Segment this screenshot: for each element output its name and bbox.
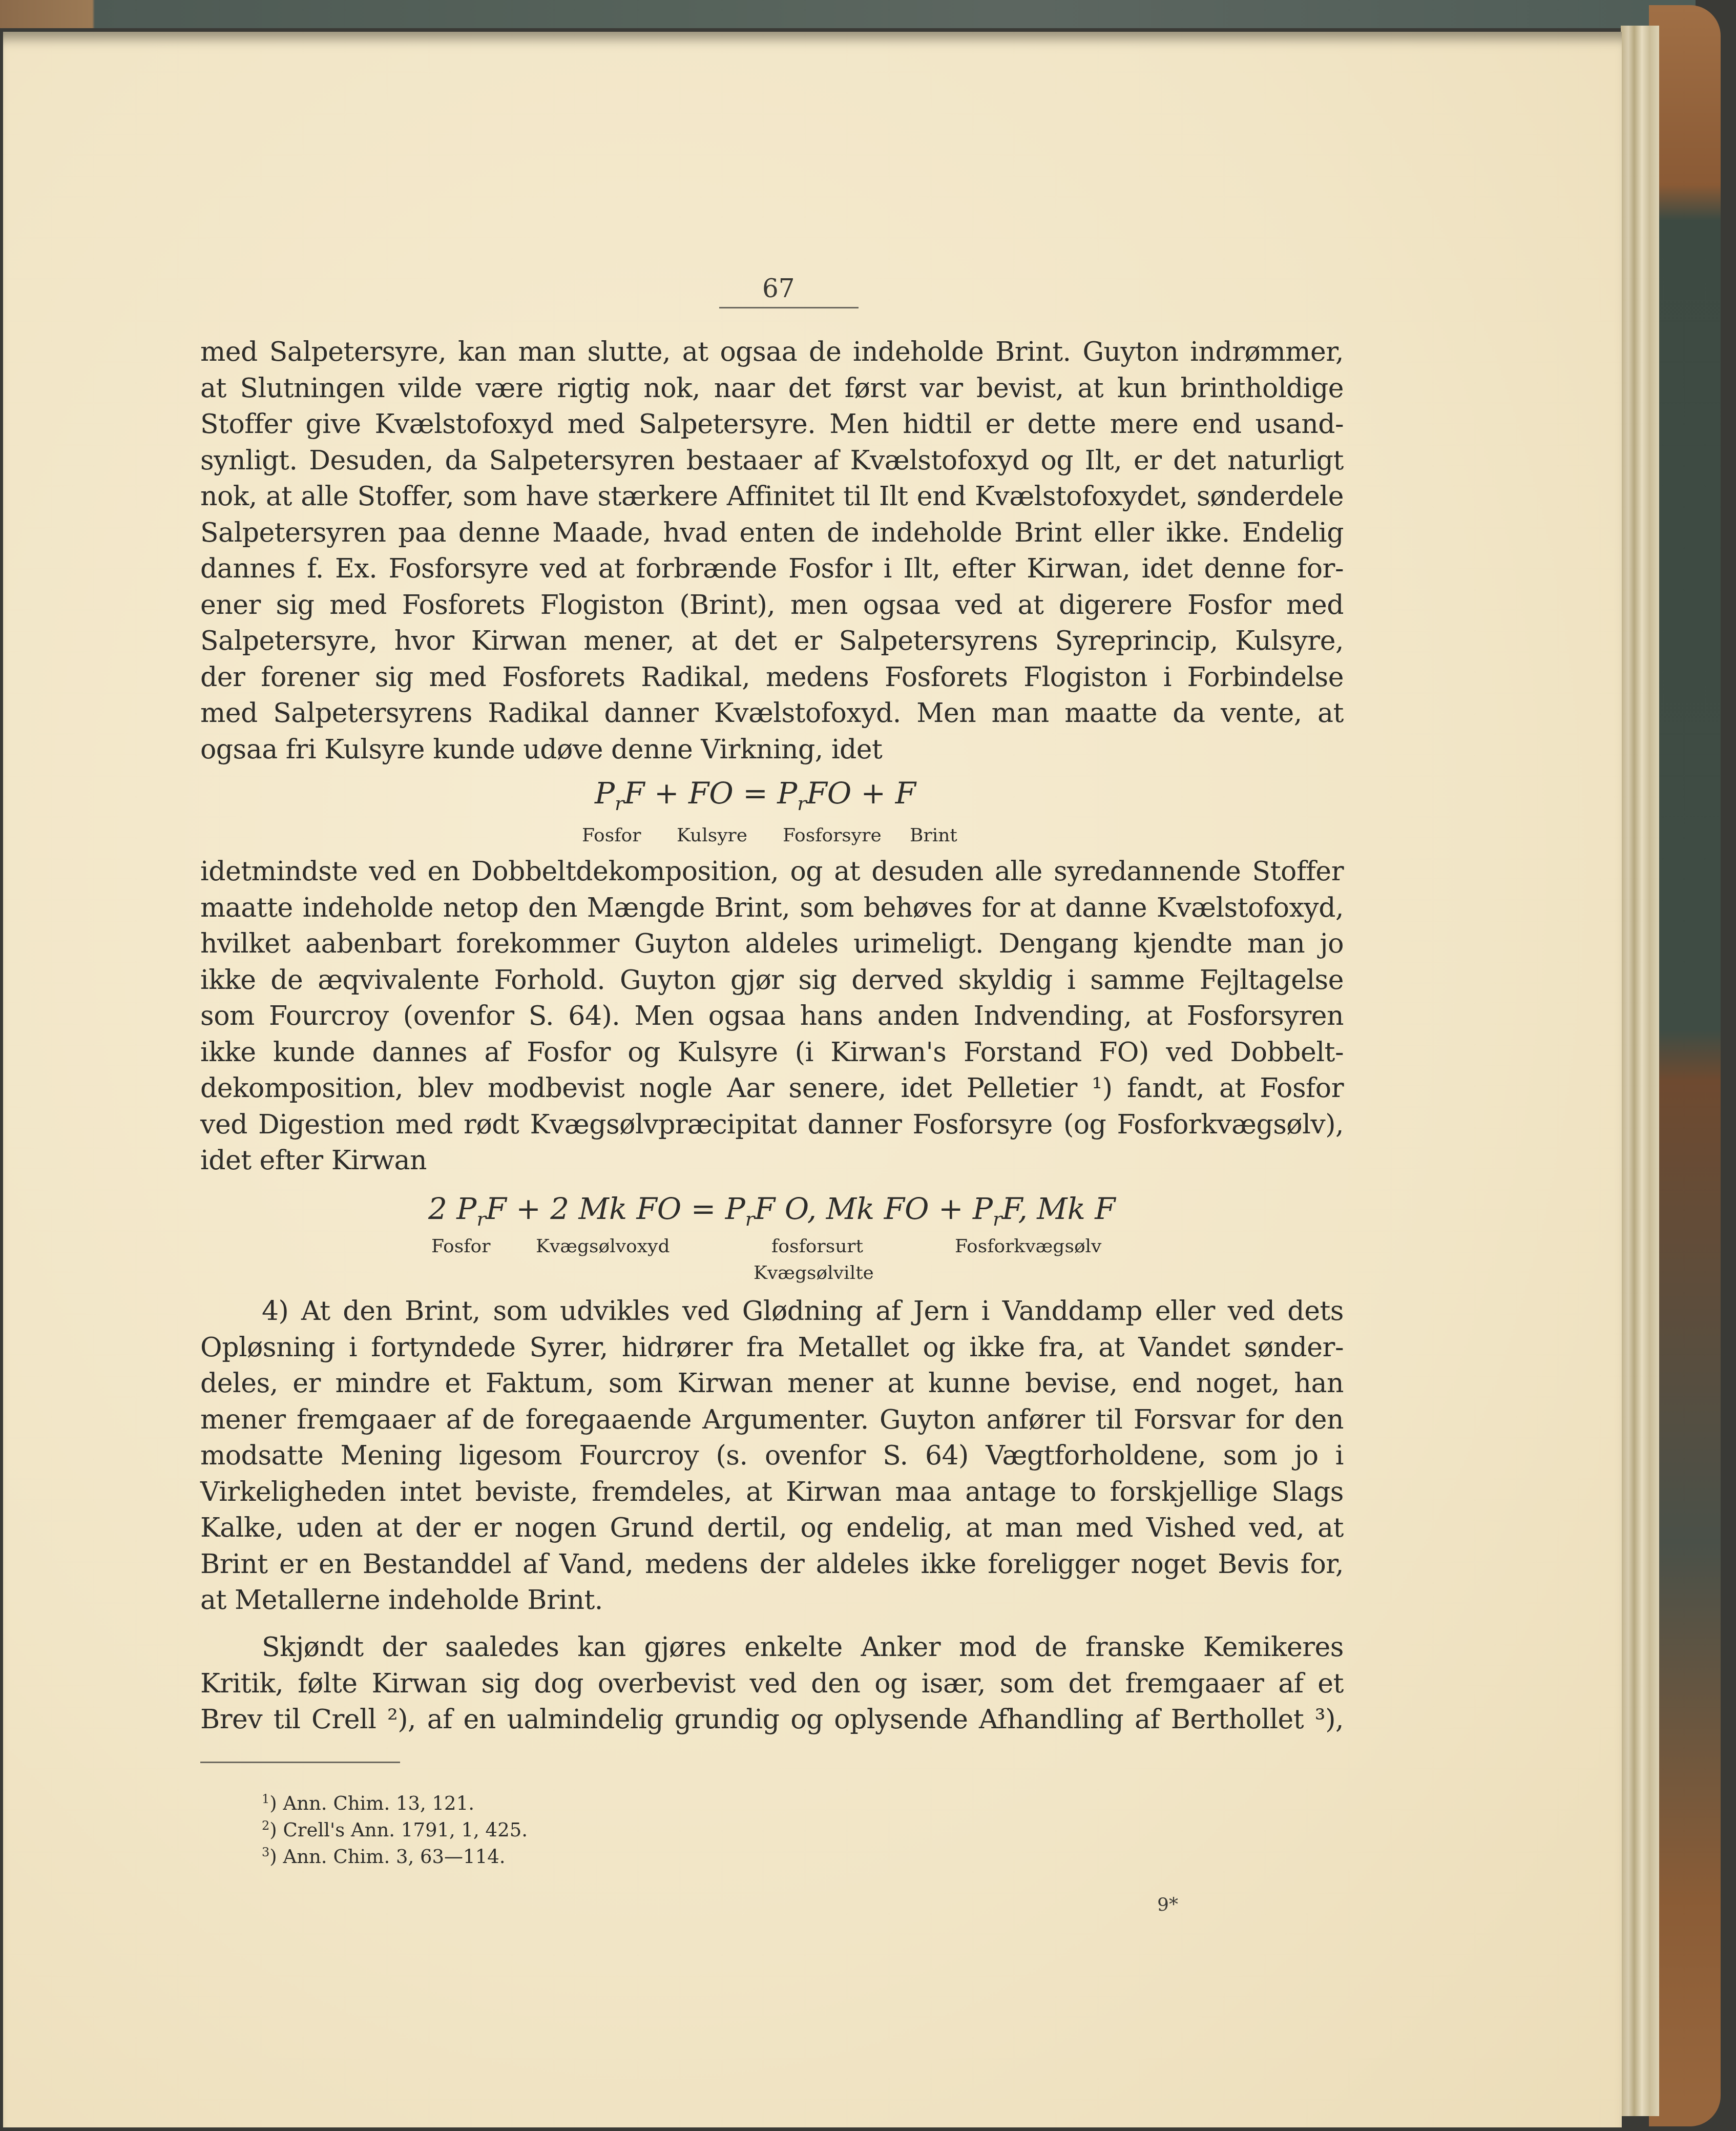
text-line: idet efter Kirwan <box>200 1143 1344 1179</box>
text-line: dannes f. Ex. Fosforsyre ved at forbrænd… <box>200 551 1344 587</box>
text-line: maatte indeholde netop den Mængde Brint,… <box>200 890 1344 926</box>
footnote-3: 3) Ann. Chim. 3, 63—114. <box>262 1844 528 1870</box>
paragraph-1: med Salpetersyre, kan man slutte, at ogs… <box>200 334 1344 768</box>
page: 67 med Salpetersyre, kan man slutte, at … <box>3 32 1622 2127</box>
equation-1: PrF + FO = PrFO + F <box>595 776 916 815</box>
text-line: Opløsning i fortyndede Syrer, hidrører f… <box>200 1330 1344 1366</box>
text-line: som Fourcroy (ovenfor S. 64). Men ogsaa … <box>200 998 1344 1035</box>
equation-label: Fosfor <box>582 825 641 846</box>
equation-label: Kvægsølvoxyd <box>536 1236 670 1257</box>
text-line: Virkeligheden intet beviste, fremdeles, … <box>200 1474 1344 1511</box>
text-line: at Slutningen vilde være rigtig nok, naa… <box>200 370 1344 407</box>
text-line: ener sig med Fosforets Flogiston (Brint)… <box>200 587 1344 624</box>
text-line: nok, at alle Stoffer, som have stærkere … <box>200 479 1344 515</box>
paragraph-4: Skjøndt der saaledes kan gjøres enkelte … <box>200 1629 1344 1738</box>
text-line: hvilket aabenbart forekommer Guyton alde… <box>200 926 1344 962</box>
footnotes: 1) Ann. Chim. 13, 121. 2) Crell's Ann. 1… <box>262 1790 528 1870</box>
text-line: Kalke, uden at der er nogen Grund dertil… <box>200 1510 1344 1546</box>
text-line: Brint er en Bestanddel af Vand, medens d… <box>200 1546 1344 1583</box>
text-line: Skjøndt der saaledes kan gjøres enkelte … <box>200 1629 1344 1666</box>
equation-label: Fosforkvægsølv <box>955 1236 1101 1257</box>
text-line: synligt. Desuden, da Salpetersyren besta… <box>200 443 1344 479</box>
equation-label: Fosfor <box>431 1236 490 1257</box>
equation-2: 2 PrF + 2 Mk FO = PrF O, Mk FO + PrF, Mk… <box>428 1191 1115 1230</box>
text-line: ved Digestion med rødt Kvægsølvpræcipita… <box>200 1107 1344 1143</box>
text-line: mener fremgaaer af de foregaaende Argume… <box>200 1402 1344 1438</box>
text-line: at Metallerne indeholde Brint. <box>200 1582 1344 1619</box>
equation-label: Brint <box>910 825 957 846</box>
text-line: modsatte Mening ligesom Fourcroy (s. ove… <box>200 1438 1344 1474</box>
page-edges <box>1621 26 1659 2116</box>
leather-binding-edge <box>1649 5 1721 2126</box>
marbled-cover-top <box>0 0 1696 28</box>
equation-label: Kvægsølvilte <box>754 1263 874 1284</box>
text-line: Kritik, følte Kirwan sig dog overbevist … <box>200 1666 1344 1702</box>
paragraph-3: 4) At den Brint, som udvikles ved Glødni… <box>200 1293 1344 1619</box>
text-line: ikke de æqvivalente Forhold. Guyton gjør… <box>200 962 1344 999</box>
header-rule <box>719 307 859 308</box>
footnote-1: 1) Ann. Chim. 13, 121. <box>262 1790 528 1817</box>
text-line: Brev til Crell ²), af en ualmindelig gru… <box>200 1702 1344 1738</box>
footnote-rule <box>200 1762 400 1763</box>
text-line: dekomposition, blev modbevist nogle Aar … <box>200 1070 1344 1107</box>
text-line: ogsaa fri Kulsyre kunde udøve denne Virk… <box>200 732 1344 768</box>
equation-label: Kulsyre <box>677 825 747 846</box>
equation-label: fosforsurt <box>771 1236 863 1257</box>
book-scan: 67 med Salpetersyre, kan man slutte, at … <box>0 0 1736 2131</box>
equation-label: Fosforsyre <box>783 825 882 846</box>
text-line: 4) At den Brint, som udvikles ved Glødni… <box>200 1293 1344 1330</box>
text-line: ikke kunde dannes af Fosfor og Kulsyre (… <box>200 1035 1344 1071</box>
text-line: idetmindste ved en Dobbeltdekomposition,… <box>200 854 1344 890</box>
text-line: Salpetersyren paa denne Maade, hvad ente… <box>200 515 1344 551</box>
text-line: der forener sig med Fosforets Radikal, m… <box>200 659 1344 696</box>
text-line: deles, er mindre et Faktum, som Kirwan m… <box>200 1366 1344 1402</box>
text-line: med Salpetersyre, kan man slutte, at ogs… <box>200 334 1344 370</box>
text-line: med Salpetersyrens Radikal danner Kvælst… <box>200 695 1344 732</box>
signature-mark: 9* <box>1157 1894 1178 1915</box>
text-line: Salpetersyre, hvor Kirwan mener, at det … <box>200 623 1344 659</box>
page-number: 67 <box>762 274 795 303</box>
paragraph-2: idetmindste ved en Dobbeltdekomposition,… <box>200 854 1344 1179</box>
text-line: Stoffer give Kvælstofoxyd med Salpetersy… <box>200 406 1344 443</box>
footnote-2: 2) Crell's Ann. 1791, 1, 425. <box>262 1817 528 1844</box>
